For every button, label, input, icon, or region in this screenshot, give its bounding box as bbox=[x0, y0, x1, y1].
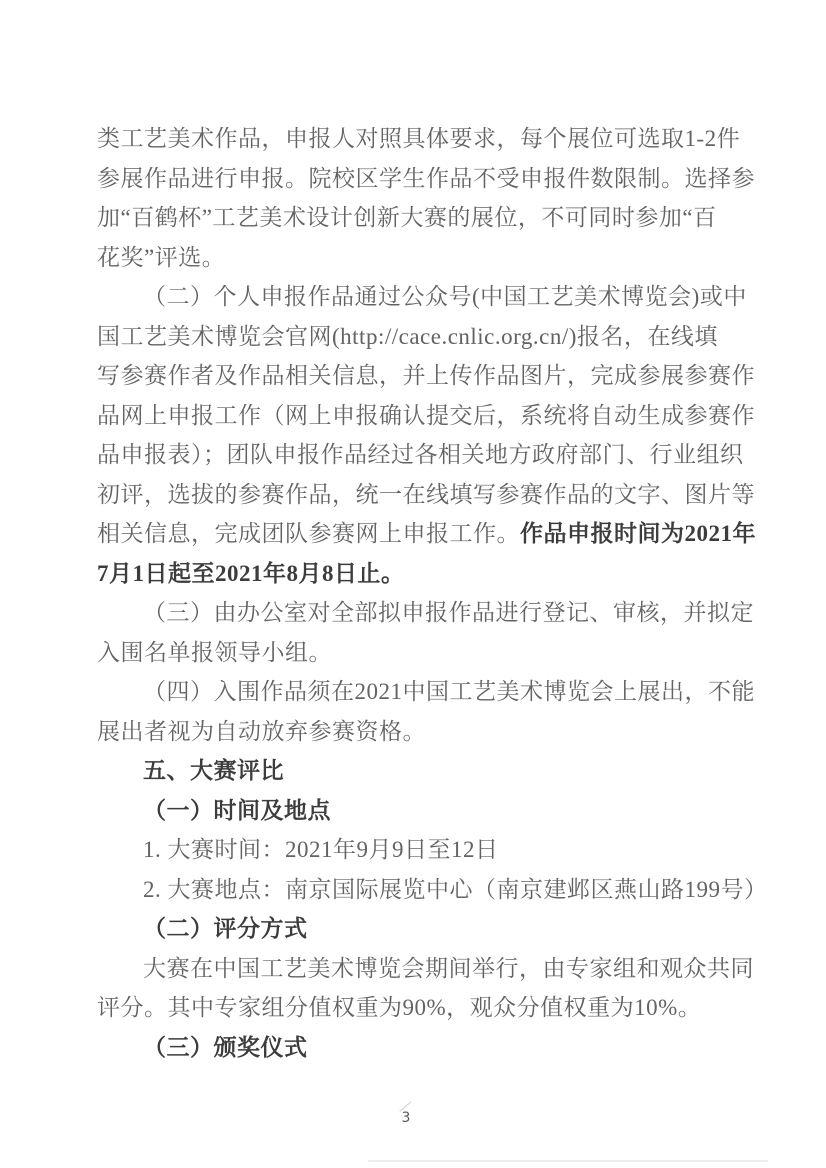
bold-text-segment: 作品申报时间为2021年 bbox=[520, 521, 756, 546]
document-page: 类工艺美术作品，申报人对照具体要求，每个展位可选取1-2件 参展作品进行申报。院… bbox=[0, 0, 826, 1168]
text-line: 入围名单报领导小组。 bbox=[97, 633, 737, 673]
text-line: （四）入围作品须在2021中国工艺美术博览会上展出，不能 bbox=[97, 672, 737, 712]
subsection-heading: （一）时间及地点 bbox=[97, 791, 737, 831]
document-body: 类工艺美术作品，申报人对照具体要求，每个展位可选取1-2件 参展作品进行申报。院… bbox=[97, 119, 737, 1067]
text-line: 品申报表）；团队申报作品经过各相关地方政府部门、行业组织 bbox=[97, 435, 737, 475]
scan-artifact bbox=[368, 1160, 768, 1162]
text-line: 相关信息，完成团队参赛网上申报工作。作品申报时间为2021年 bbox=[97, 514, 737, 554]
text-segment: 相关信息，完成团队参赛网上申报工作。 bbox=[97, 521, 520, 546]
text-line: 花奖”评选。 bbox=[97, 238, 737, 278]
text-line: 初评，选拔的参赛作品，统一在线填写参赛作品的文字、图片等 bbox=[97, 475, 737, 515]
text-line: 国工艺美术博览会官网(http://cace.cnlic.org.cn/)报名，… bbox=[97, 317, 737, 357]
text-line: 类工艺美术作品，申报人对照具体要求，每个展位可选取1-2件 bbox=[97, 119, 737, 159]
subsection-heading: （二）评分方式 bbox=[97, 909, 737, 949]
list-item: 1. 大赛时间：2021年9月9日至12日 bbox=[97, 830, 737, 870]
list-item: 2. 大赛地点：南京国际展览中心（南京建邺区燕山路199号） bbox=[97, 870, 737, 910]
text-line: 大赛在中国工艺美术博览会期间举行，由专家组和观众共同 bbox=[97, 949, 737, 989]
text-line: 参展作品进行申报。院校区学生作品不受申报件数限制。选择参 bbox=[97, 159, 737, 199]
page-number: 3 bbox=[396, 1110, 416, 1126]
text-line: 写参赛作者及作品相关信息，并上传作品图片，完成参展参赛作 bbox=[97, 356, 737, 396]
text-line: 评分。其中专家组分值权重为90%，观众分值权重为10%。 bbox=[97, 988, 737, 1028]
text-line: （二）个人申报作品通过公众号(中国工艺美术博览会)或中 bbox=[97, 277, 737, 317]
text-line: 7月1日起至2021年8月8日止。 bbox=[97, 554, 737, 594]
text-line: 品网上申报工作（网上申报确认提交后，系统将自动生成参赛作 bbox=[97, 396, 737, 436]
subsection-heading: （三）颁奖仪式 bbox=[97, 1028, 737, 1068]
text-line: 展出者视为自动放弃参赛资格。 bbox=[97, 712, 737, 752]
section-heading: 五、大赛评比 bbox=[97, 751, 737, 791]
text-line: 加“百鹤杯”工艺美术设计创新大赛的展位，不可同时参加“百 bbox=[97, 198, 737, 238]
text-line: （三）由办公室对全部拟申报作品进行登记、审核，并拟定 bbox=[97, 593, 737, 633]
